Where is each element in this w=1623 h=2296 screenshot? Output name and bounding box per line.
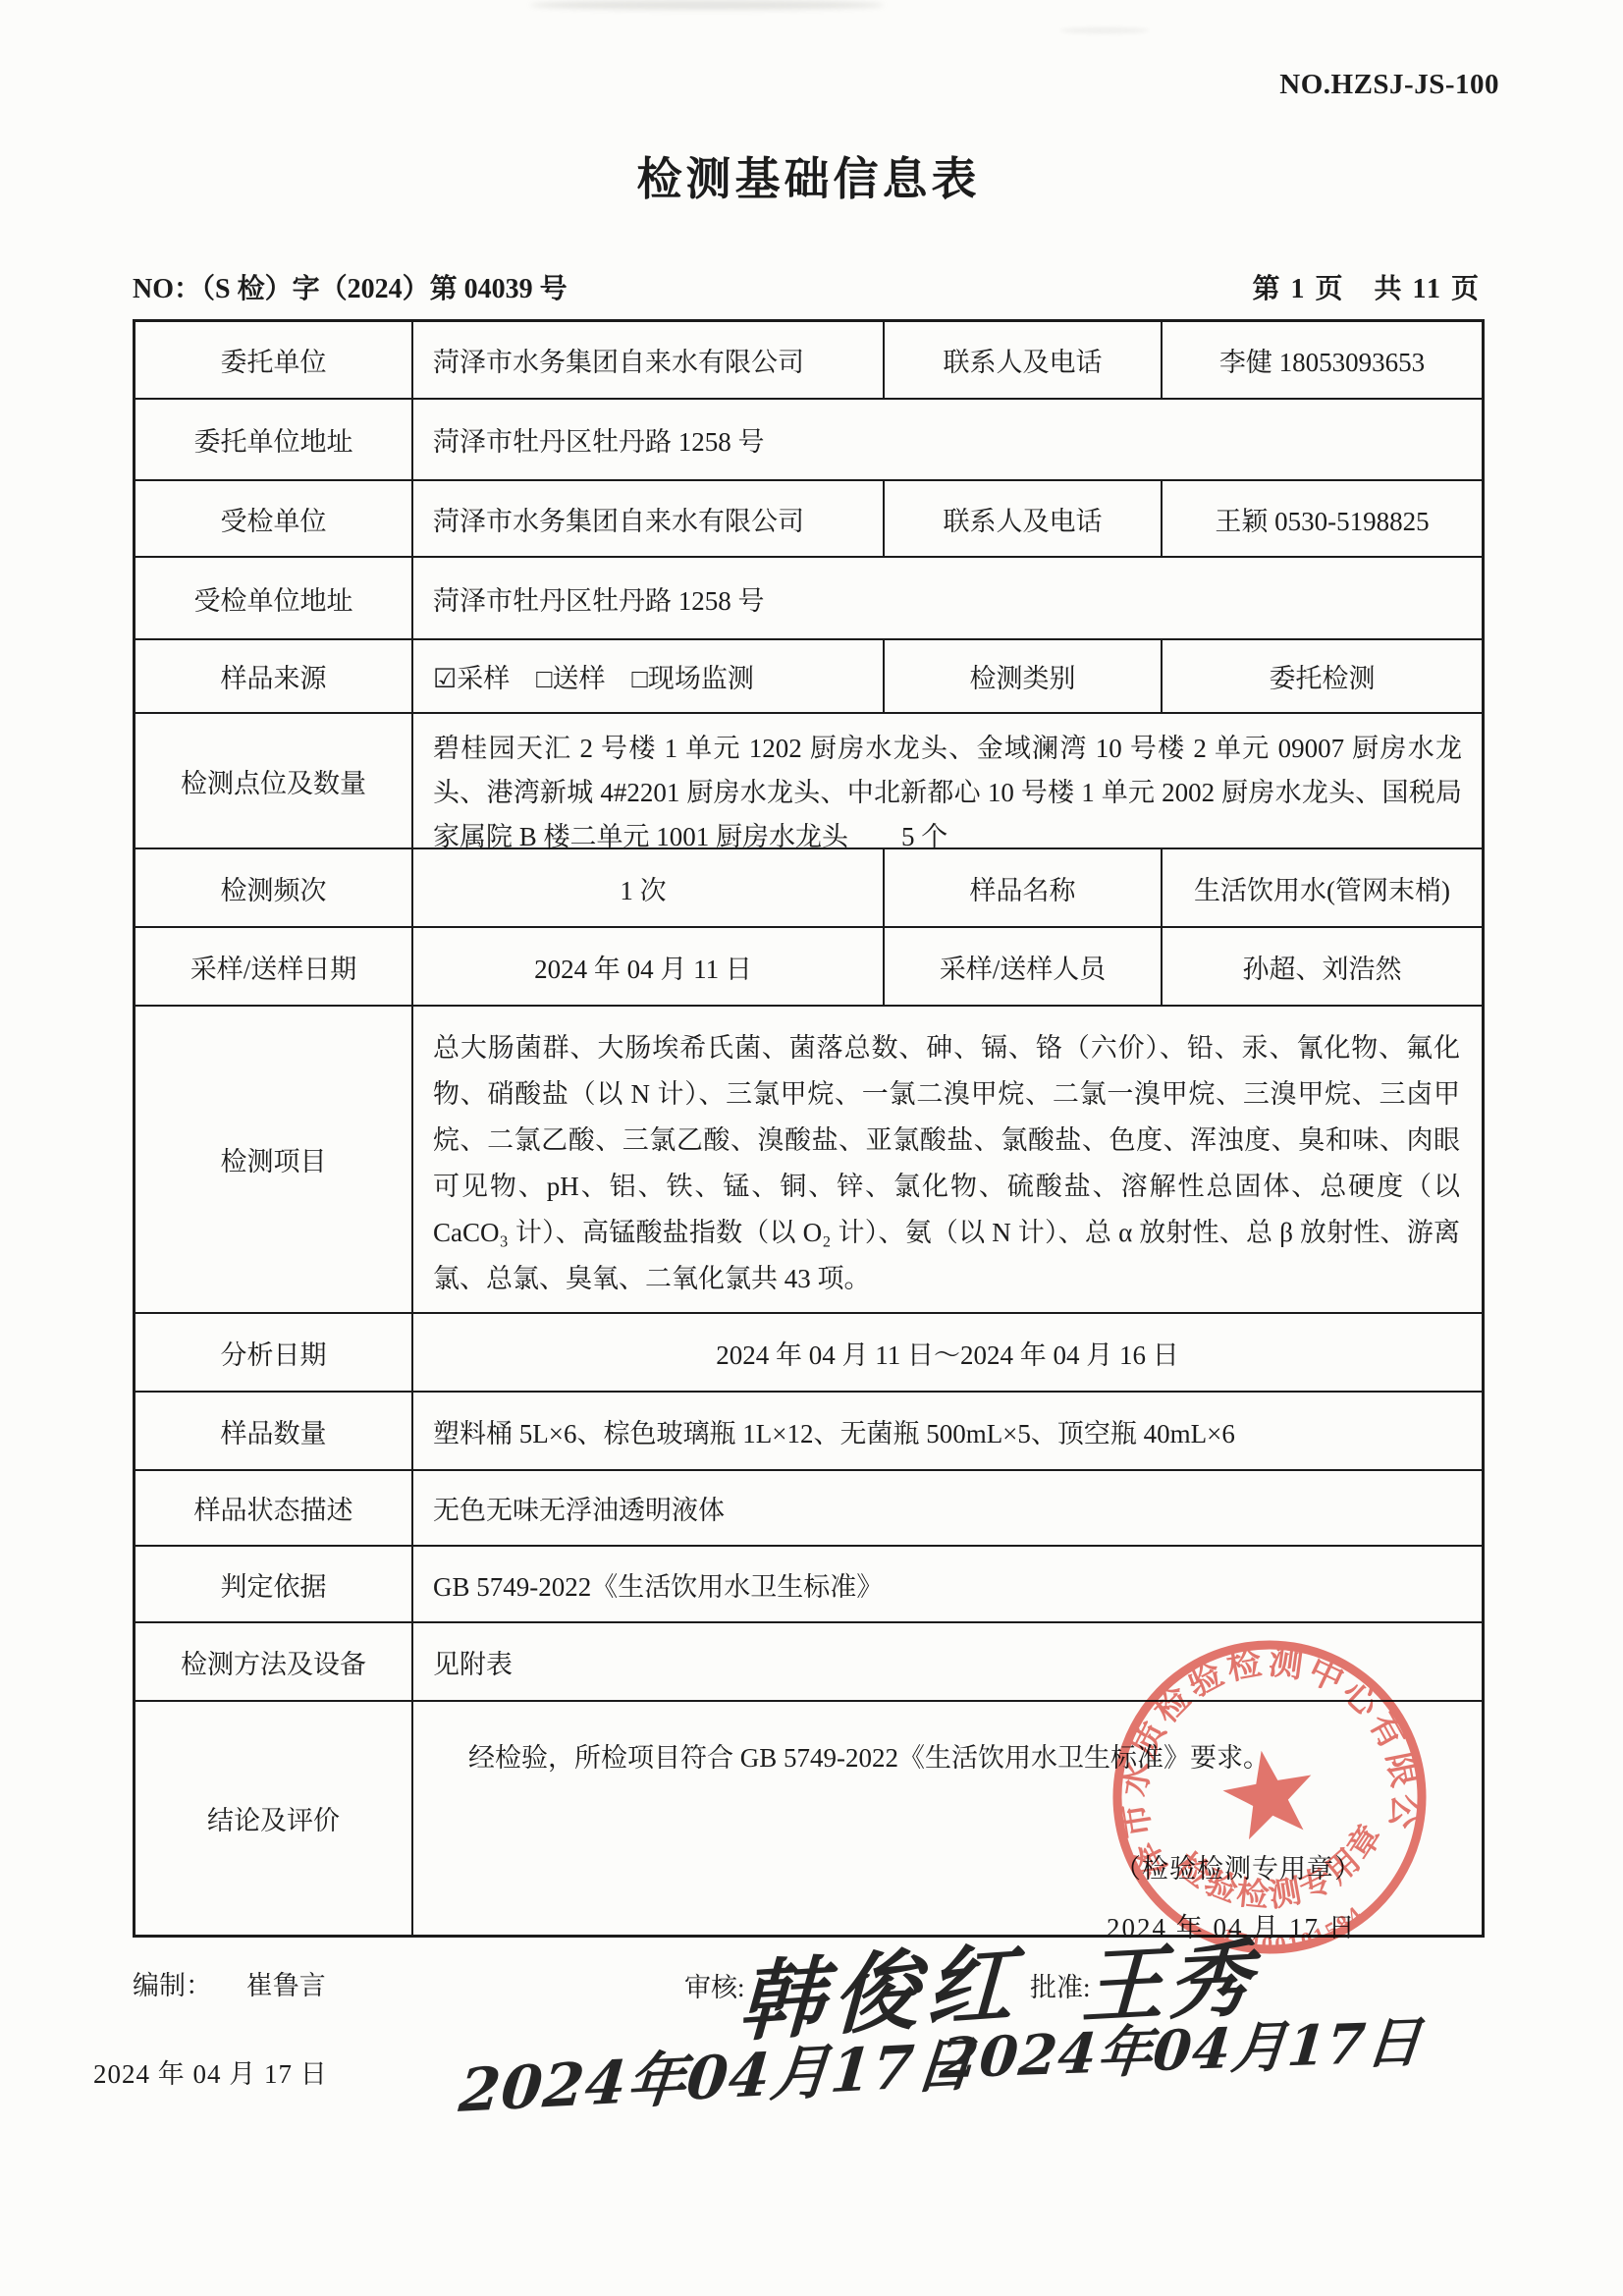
field-value-client-contact: 李健 18053093653 <box>1161 322 1482 398</box>
field-label-frequency: 检测频次 <box>135 849 411 926</box>
field-value-test-items: 总大肠菌群、大肠埃希氏菌、菌落总数、砷、镉、铬（六价）、铅、汞、氰化物、氟化物、… <box>411 1007 1482 1312</box>
field-value-analysis-date: 2024 年 04 月 11 日～2024 年 04 月 16 日 <box>411 1314 1482 1391</box>
scanned-report-page: NO.HZSJ-JS-100 检测基础信息表 NO：（S 检）字（2024）第 … <box>0 0 1623 2296</box>
field-label-test-points: 检测点位及数量 <box>135 714 411 847</box>
field-label-conclusion: 结论及评价 <box>135 1702 411 1935</box>
prepared-label: 编制： <box>133 1971 212 2000</box>
scan-noise <box>530 0 884 10</box>
table-row-sample-state: 样品状态描述 无色无味无浮油透明液体 <box>135 1469 1482 1545</box>
star-icon <box>1217 1743 1321 1842</box>
field-label-inspected-address: 受检单位地址 <box>135 558 411 638</box>
table-row-sampling-date: 采样/送样日期 2024 年 04 月 11 日 采样/送样人员 孙超、刘浩然 <box>135 926 1482 1005</box>
field-label-inspected-unit: 受检单位 <box>135 481 411 556</box>
table-row-inspected-unit: 受检单位 菏泽市水务集团自来水有限公司 联系人及电话 王颖 0530-51988… <box>135 479 1482 556</box>
field-value-judgment-basis: GB 5749-2022《生活饮用水卫生标准》 <box>411 1547 1482 1621</box>
table-row-client-address: 委托单位地址 菏泽市牡丹区牡丹路 1258 号 <box>135 398 1482 479</box>
field-value-sampling-date: 2024 年 04 月 11 日 <box>411 928 883 1005</box>
table-row-sample-source: 样品来源 ☑采样 □送样 □现场监测 检测类别 委托检测 <box>135 638 1482 712</box>
field-value-inspected-contact: 王颖 0530-5198825 <box>1161 481 1482 556</box>
field-value-sampling-person: 孙超、刘浩然 <box>1161 928 1482 1005</box>
scan-noise <box>1060 27 1149 33</box>
table-row-inspected-address: 受检单位地址 菏泽市牡丹区牡丹路 1258 号 <box>135 556 1482 638</box>
table-row-frequency: 检测频次 1 次 样品名称 生活饮用水(管网末梢) <box>135 847 1482 926</box>
field-value-sample-state: 无色无味无浮油透明液体 <box>411 1471 1482 1545</box>
field-label-sampling-person: 采样/送样人员 <box>883 928 1161 1005</box>
field-value-frequency: 1 次 <box>411 849 883 926</box>
field-label-sample-source: 样品来源 <box>135 640 411 712</box>
table-row-client: 委托单位 菏泽市水务集团自来水有限公司 联系人及电话 李健 1805309365… <box>135 322 1482 398</box>
review-label: 审核: <box>684 1966 745 2004</box>
page-indicator: 第 1 页 共 11 页 <box>1253 267 1481 306</box>
field-label-sample-name: 样品名称 <box>883 849 1161 926</box>
field-value-sample-name: 生活饮用水(管网末梢) <box>1161 849 1482 926</box>
document-code: NO.HZSJ-JS-100 <box>1279 69 1499 101</box>
form-title: 检测基础信息表 <box>133 143 1485 208</box>
prepared-date: 2024 年 04 月 17 日 <box>93 2052 328 2091</box>
field-value-inspected-address: 菏泽市牡丹区牡丹路 1258 号 <box>411 558 1482 638</box>
test-items-text: 总大肠菌群、大肠埃希氏菌、菌落总数、砷、镉、铬（六价）、铅、汞、氰化物、氟化物、… <box>413 1007 1482 1302</box>
field-label-sample-state: 样品状态描述 <box>135 1471 411 1545</box>
field-label-test-category: 检测类别 <box>883 640 1161 712</box>
table-row-sample-qty: 样品数量 塑料桶 5L×6、棕色玻璃瓶 1L×12、无菌瓶 500mL×5、顶空… <box>135 1391 1482 1469</box>
test-points-text: 碧桂园天汇 2 号楼 1 单元 1202 厨房水龙头、金域澜湾 10 号楼 2 … <box>413 714 1482 859</box>
table-row-analysis-date: 分析日期 2024 年 04 月 11 日～2024 年 04 月 16 日 <box>135 1312 1482 1391</box>
table-row-test-points: 检测点位及数量 碧桂园天汇 2 号楼 1 单元 1202 厨房水龙头、金域澜湾 … <box>135 712 1482 847</box>
field-label-analysis-date: 分析日期 <box>135 1314 411 1391</box>
field-value-test-points: 碧桂园天汇 2 号楼 1 单元 1202 厨房水龙头、金域澜湾 10 号楼 2 … <box>411 714 1482 847</box>
field-label-test-items: 检测项目 <box>135 1007 411 1312</box>
field-label-sample-qty: 样品数量 <box>135 1393 411 1469</box>
field-value-inspected-unit: 菏泽市水务集团自来水有限公司 <box>411 481 883 556</box>
field-label-method: 检测方法及设备 <box>135 1623 411 1700</box>
prepared-by: 崔鲁言 <box>246 1971 326 2000</box>
table-row-test-items: 检测项目 总大肠菌群、大肠埃希氏菌、菌落总数、砷、镉、铬（六价）、铅、汞、氰化物… <box>135 1005 1482 1312</box>
field-value-sample-qty: 塑料桶 5L×6、棕色玻璃瓶 1L×12、无菌瓶 500mL×5、顶空瓶 40m… <box>411 1393 1482 1469</box>
approve-date-handwritten: 2024年04月17日 <box>938 1998 1426 2094</box>
review-date-handwritten: 2024年04月17日 <box>457 2017 979 2129</box>
field-label-client-contact: 联系人及电话 <box>883 322 1161 398</box>
field-label-sampling-date: 采样/送样日期 <box>135 928 411 1005</box>
field-label-client: 委托单位 <box>135 322 411 398</box>
field-label-judgment-basis: 判定依据 <box>135 1547 411 1621</box>
field-label-inspected-contact: 联系人及电话 <box>883 481 1161 556</box>
field-label-client-address: 委托单位地址 <box>135 400 411 479</box>
report-number: NO：（S 检）字（2024）第 04039 号 <box>133 267 568 306</box>
field-value-client: 菏泽市水务集团自来水有限公司 <box>411 322 883 398</box>
sample-source-checkboxes: ☑采样 □送样 □现场监测 <box>411 640 883 712</box>
prepared-line: 编制： 崔鲁言 <box>133 1964 326 2002</box>
field-value-test-category: 委托检测 <box>1161 640 1482 712</box>
field-value-client-address: 菏泽市牡丹区牡丹路 1258 号 <box>411 400 1482 479</box>
table-row-judgment-basis: 判定依据 GB 5749-2022《生活饮用水卫生标准》 <box>135 1545 1482 1621</box>
